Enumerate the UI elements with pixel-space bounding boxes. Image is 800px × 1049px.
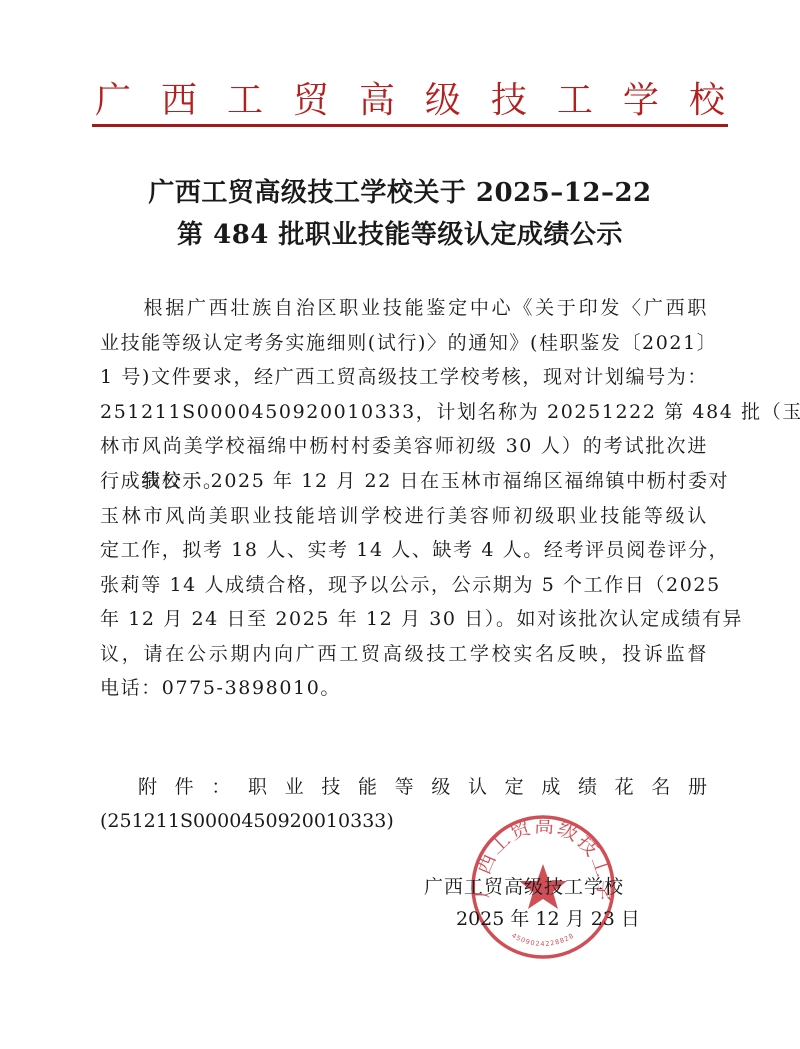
signature-organization: 广西工贸高级技工学校	[424, 872, 624, 899]
signature-date: 2025 年 12 月 23 日	[456, 904, 640, 931]
text-line: 电话：0775-3898010。	[100, 671, 708, 706]
text-line: 林市风尚美学校福绵中枥村村委美容师初级 30 人）的考试批次进	[100, 429, 708, 464]
text-line: 张莉等 14 人成绩合格，现予以公示，公示期为 5 个工作日（2025	[100, 568, 708, 603]
letterhead-char: 高	[359, 83, 395, 119]
text-line: 251211S0000450920010333，计划名称为 20251222 第…	[100, 395, 708, 430]
letterhead-char: 工	[227, 83, 263, 119]
svg-text:4509024228828: 4509024228828	[510, 931, 575, 948]
text-line: 根据广西壮族自治区职业技能鉴定中心《关于印发〈广西职	[100, 291, 708, 326]
document-title-line-2: 第 484 批职业技能等级认定成绩公示	[0, 214, 800, 251]
text-line: 业技能等级认定考务实施细则(试行)〉的通知》(桂职鉴发〔2021〕	[100, 326, 708, 361]
letterhead-char: 级	[425, 83, 461, 119]
text-line: 玉林市风尚美职业技能培训学校进行美容师初级职业技能等级认	[100, 499, 708, 534]
text-line: 年 12 月 24 日至 2025 年 12 月 30 日）。如对该批次认定成绩…	[100, 602, 708, 637]
text-line: 定工作，拟考 18 人、实考 14 人、缺考 4 人。经考评员阅卷评分，	[100, 533, 708, 568]
text-line: 1 号)文件要求，经广西工贸高级技工学校考核，现对计划编号为：	[100, 360, 708, 395]
letterhead-char: 校	[689, 83, 725, 119]
document-title-line-1: 广西工贸高级技工学校关于 2025–12–22	[0, 172, 800, 209]
text-line: 议，请在公示期内向广西工贸高级技工学校实名反映，投诉监督	[100, 637, 708, 672]
letterhead-divider	[92, 124, 728, 127]
letterhead-char: 广	[95, 83, 131, 119]
attachment-title: 附件：职业技能等级认定成绩花名册	[100, 770, 708, 804]
text-line: 我校于 2025 年 12 月 22 日在玉林市福绵区福绵镇中枥村委对	[100, 464, 708, 499]
letterhead-char: 学	[623, 83, 659, 119]
body-paragraph-2: 我校于 2025 年 12 月 22 日在玉林市福绵区福绵镇中枥村委对 玉林市风…	[100, 464, 708, 706]
letterhead-char: 贸	[293, 83, 329, 119]
letterhead: 广 西 工 贸 高 级 技 工 学 校	[95, 78, 725, 124]
letterhead-char: 技	[491, 83, 527, 119]
letterhead-char: 工	[557, 83, 593, 119]
letterhead-char: 西	[161, 83, 197, 119]
